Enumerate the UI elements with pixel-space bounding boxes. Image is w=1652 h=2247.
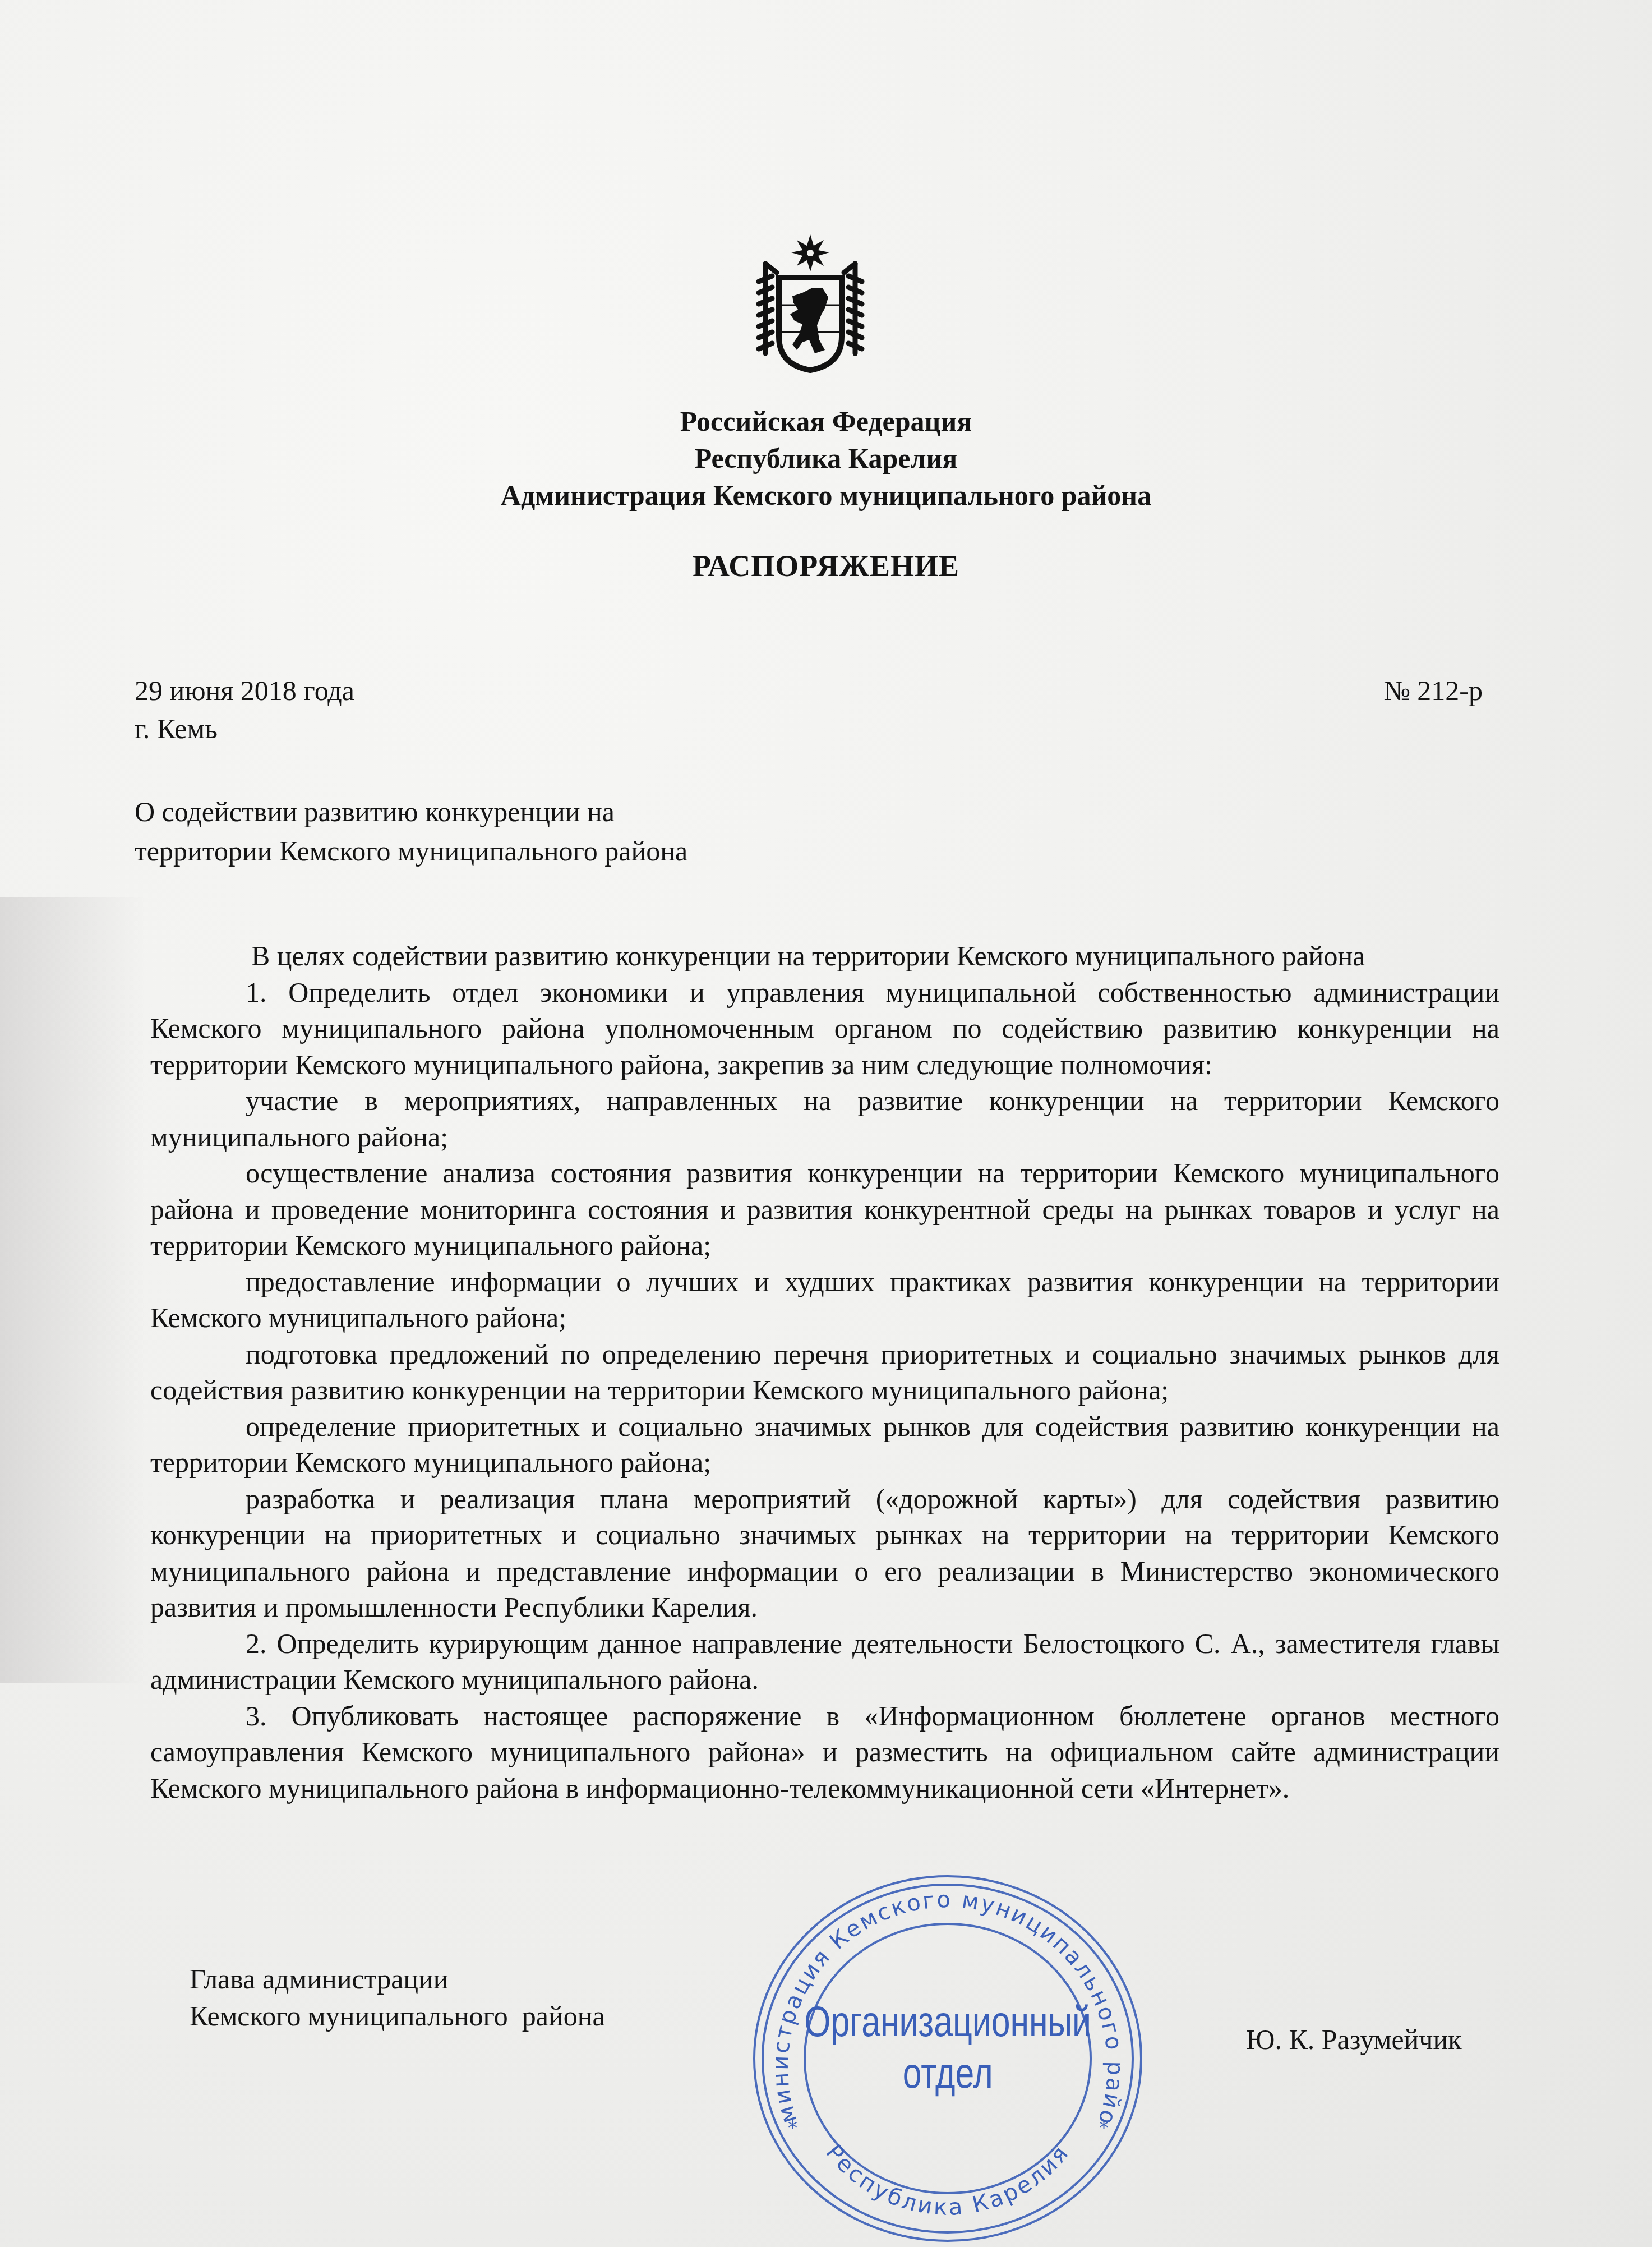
- power-participation: участие в мероприятиях, направленных на …: [150, 1083, 1499, 1155]
- paper-shadow: [0, 897, 146, 1683]
- signature-position: Глава администрации Кемского муниципальн…: [190, 1960, 605, 2034]
- subject-line-1: О содействии развитию конкуренции на: [135, 792, 687, 831]
- signature-position-line-2: Кемского муниципального района: [190, 1997, 605, 2034]
- header-republic: Республика Карелия: [0, 440, 1652, 477]
- stamp-center-line-2: отдел: [903, 2050, 993, 2097]
- preamble-paragraph: В целях содействии развитию конкуренции …: [150, 938, 1499, 974]
- document-header: Российская Федерация Республика Карелия …: [0, 403, 1652, 514]
- item-1-paragraph: 1. Определить отдел экономики и управлен…: [150, 974, 1499, 1083]
- karelia-coat-of-arms-icon: [749, 230, 872, 376]
- item-3-paragraph: 3. Опубликовать настоящее распоряжение в…: [150, 1698, 1499, 1807]
- stamp-center-line-1: Организационный: [804, 1998, 1091, 2046]
- document-subject: О содействии развитию конкуренции на тер…: [135, 792, 687, 871]
- document-date: 29 июня 2018 года: [135, 673, 354, 708]
- signature-position-line-1: Глава администрации: [190, 1960, 605, 1997]
- header-administration: Администрация Кемского муниципального ра…: [0, 477, 1652, 514]
- document-title: РАСПОРЯЖЕНИЕ: [0, 549, 1652, 583]
- document-city: г. Кемь: [135, 711, 218, 746]
- official-stamp: Администрация Кемского муниципального ра…: [723, 1862, 1172, 2244]
- signatory-name: Ю. К. Разумейчик: [1246, 2022, 1462, 2057]
- power-analysis: осуществление анализа состояния развития…: [150, 1155, 1499, 1264]
- document-body: В целях содействии развитию конкуренции …: [150, 938, 1499, 1806]
- power-roadmap: разработка и реализация плана мероприяти…: [150, 1481, 1499, 1626]
- power-market-list-proposals: подготовка предложений по определению пе…: [150, 1336, 1499, 1408]
- svg-text:*: *: [1099, 2117, 1109, 2139]
- document-number: № 212-р: [1383, 673, 1483, 708]
- header-country: Российская Федерация: [0, 403, 1652, 440]
- stamp-bottom-text: Республика Карелия: [820, 2140, 1074, 2221]
- svg-text:*: *: [788, 2117, 797, 2139]
- power-market-definition: определение приоритетных и социально зна…: [150, 1408, 1499, 1481]
- item-2-paragraph: 2. Определить курирующим данное направле…: [150, 1626, 1499, 1698]
- subject-line-2: территории Кемского муниципального район…: [135, 831, 687, 871]
- power-best-practices: предоставление информации о лучших и худ…: [150, 1264, 1499, 1336]
